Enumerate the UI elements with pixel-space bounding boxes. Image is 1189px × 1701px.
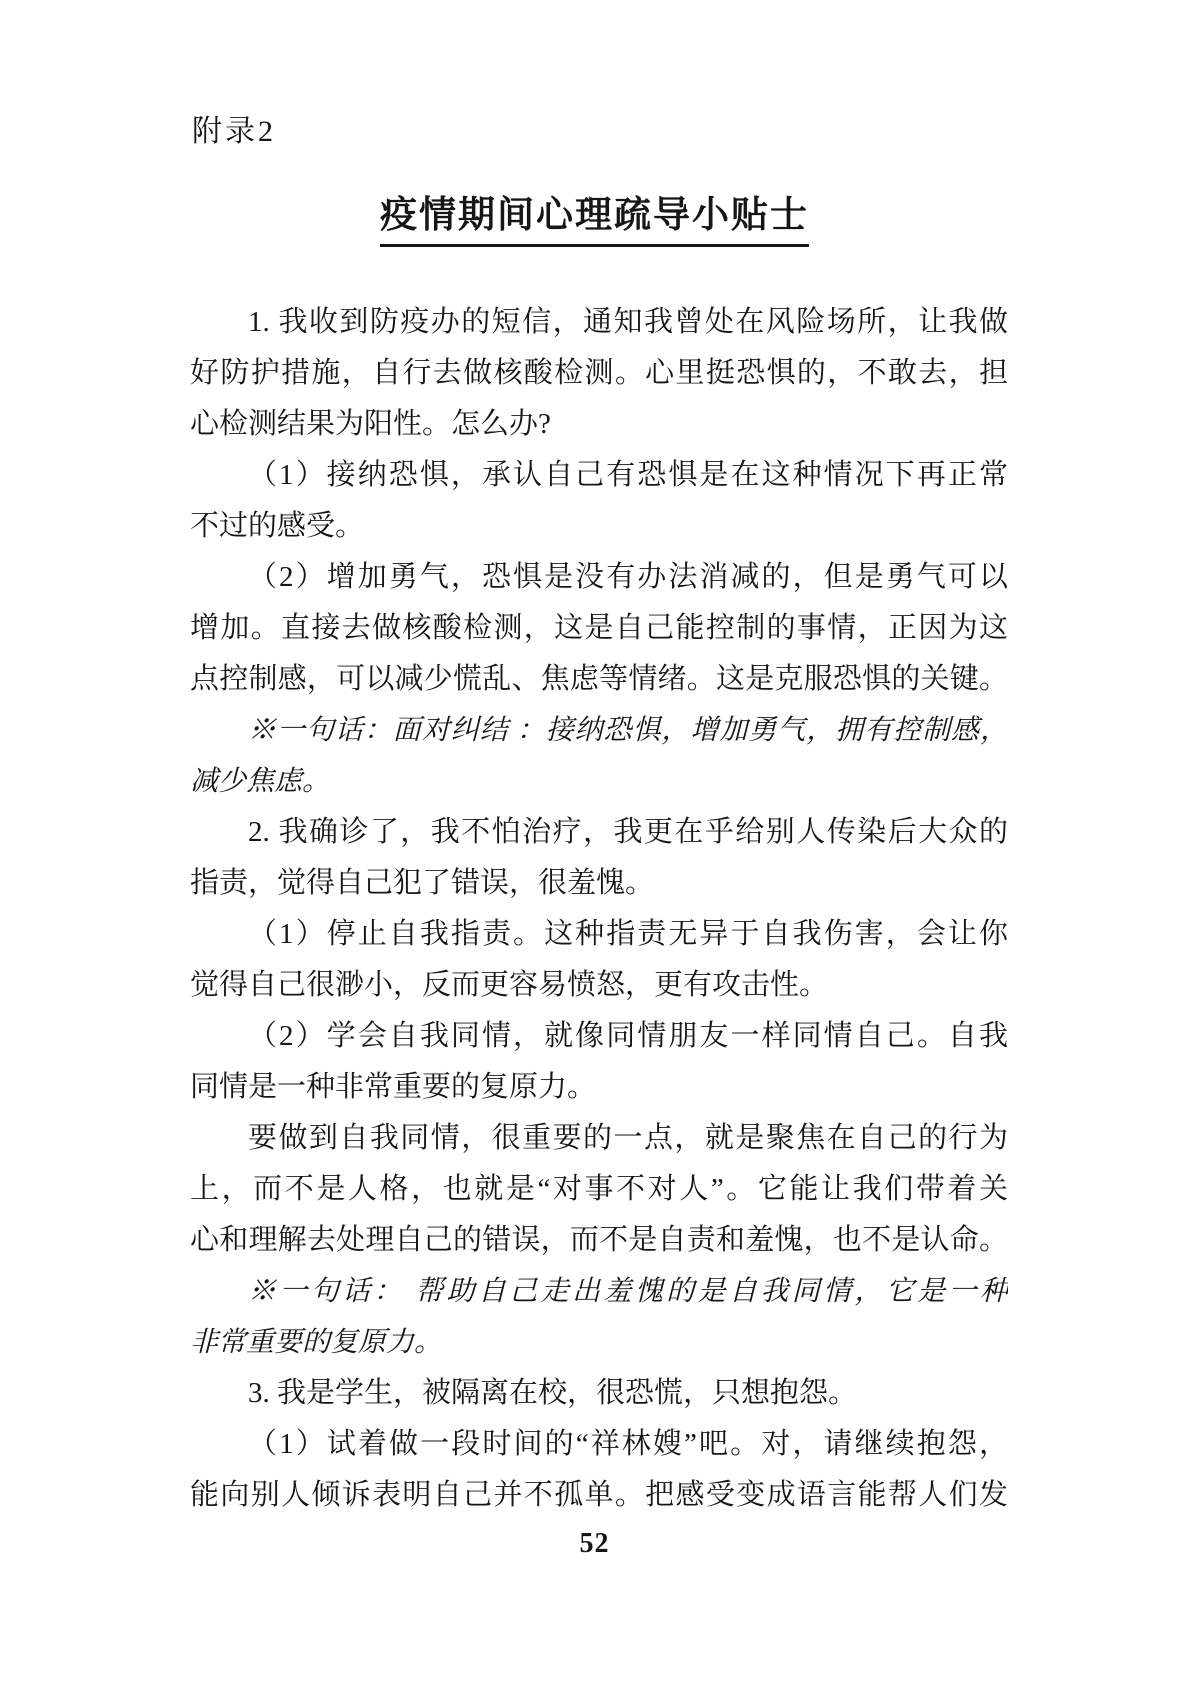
- appendix-label: 附录2: [192, 112, 276, 152]
- text-line: 1. 我收到防疫办的短信，通知我曾处在风险场所，让我做: [190, 297, 1008, 348]
- text-line: 上，而不是人格，也就是“对事不对人”。它能让我们带着关: [190, 1164, 1008, 1215]
- text-line: 心检测结果为阳性。怎么办?: [190, 399, 1008, 450]
- document-body: 1. 我收到防疫办的短信，通知我曾处在风险场所，让我做好防护措施，自行去做核酸检…: [190, 297, 1008, 1521]
- text-line: 增加。直接去做核酸检测，这是自己能控制的事情，正因为这: [190, 603, 1008, 654]
- text-line: 不过的感受。: [190, 501, 1008, 552]
- text-line: （1）停止自我指责。这种指责无异于自我伤害，会让你: [190, 909, 1008, 960]
- text-line: 非常重要的复原力。: [190, 1317, 1008, 1368]
- paragraph-block: （1）接纳恐惧，承认自己有恐惧是在这种情况下再正常不过的感受。: [190, 450, 1008, 552]
- paragraph-block: （1）停止自我指责。这种指责无异于自我伤害，会让你觉得自己很渺小，反而更容易愤怒…: [190, 909, 1008, 1011]
- title-row: 疫情期间心理疏导小贴士: [0, 184, 1189, 247]
- text-line: （2）增加勇气，恐惧是没有办法消减的，但是勇气可以: [190, 552, 1008, 603]
- paragraph-block: （2）增加勇气，恐惧是没有办法消减的，但是勇气可以增加。直接去做核酸检测，这是自…: [190, 552, 1008, 705]
- paragraph-block: （2）学会自我同情，就像同情朋友一样同情自己。自我同情是一种非常重要的复原力。: [190, 1011, 1008, 1113]
- paragraph-block: ※一句话： 帮助自己走出羞愧的是自我同情，它是一种非常重要的复原力。: [190, 1266, 1008, 1368]
- page-number: 52: [0, 1528, 1189, 1560]
- paragraph-block: ※一句话：面对纠结 ：接纳恐惧，增加勇气，拥有控制感，减少焦虑。: [190, 705, 1008, 807]
- paragraph-block: （1）试着做一段时间的“祥林嫂”吧。对，请继续抱怨，能向别人倾诉表明自己并不孤单…: [190, 1419, 1008, 1521]
- text-line: 3. 我是学生，被隔离在校，很恐慌，只想抱怨。: [190, 1368, 1008, 1419]
- text-line: ※一句话： 帮助自己走出羞愧的是自我同情，它是一种: [190, 1266, 1008, 1317]
- document-page: 附录2 疫情期间心理疏导小贴士 1. 我收到防疫办的短信，通知我曾处在风险场所，…: [0, 0, 1189, 1701]
- text-line: （2）学会自我同情，就像同情朋友一样同情自己。自我: [190, 1011, 1008, 1062]
- text-line: （1）接纳恐惧，承认自己有恐惧是在这种情况下再正常: [190, 450, 1008, 501]
- text-line: 减少焦虑。: [190, 756, 1008, 807]
- text-line: 能向别人倾诉表明自己并不孤单。把感受变成语言能帮人们发: [190, 1470, 1008, 1521]
- text-line: 指责，觉得自己犯了错误，很羞愧。: [190, 858, 1008, 909]
- text-line: 2. 我确诊了，我不怕治疗，我更在乎给别人传染后大众的: [190, 807, 1008, 858]
- text-line: 要做到自我同情，很重要的一点，就是聚焦在自己的行为: [190, 1113, 1008, 1164]
- paragraph-block: 要做到自我同情，很重要的一点，就是聚焦在自己的行为上，而不是人格，也就是“对事不…: [190, 1113, 1008, 1266]
- paragraph-block: 1. 我收到防疫办的短信，通知我曾处在风险场所，让我做好防护措施，自行去做核酸检…: [190, 297, 1008, 450]
- text-line: 心和理解去处理自己的错误，而不是自责和羞愧，也不是认命。: [190, 1215, 1008, 1266]
- paragraph-block: 2. 我确诊了，我不怕治疗，我更在乎给别人传染后大众的指责，觉得自己犯了错误，很…: [190, 807, 1008, 909]
- text-line: ※一句话：面对纠结 ：接纳恐惧，增加勇气，拥有控制感，: [190, 705, 1008, 756]
- text-line: 好防护措施，自行去做核酸检测。心里挺恐惧的，不敢去，担: [190, 348, 1008, 399]
- page-title: 疫情期间心理疏导小贴士: [380, 184, 809, 247]
- text-line: 同情是一种非常重要的复原力。: [190, 1062, 1008, 1113]
- text-line: （1）试着做一段时间的“祥林嫂”吧。对，请继续抱怨，: [190, 1419, 1008, 1470]
- text-line: 点控制感，可以减少慌乱、焦虑等情绪。这是克服恐惧的关键。: [190, 654, 1008, 705]
- text-line: 觉得自己很渺小，反而更容易愤怒，更有攻击性。: [190, 960, 1008, 1011]
- paragraph-block: 3. 我是学生，被隔离在校，很恐慌，只想抱怨。: [190, 1368, 1008, 1419]
